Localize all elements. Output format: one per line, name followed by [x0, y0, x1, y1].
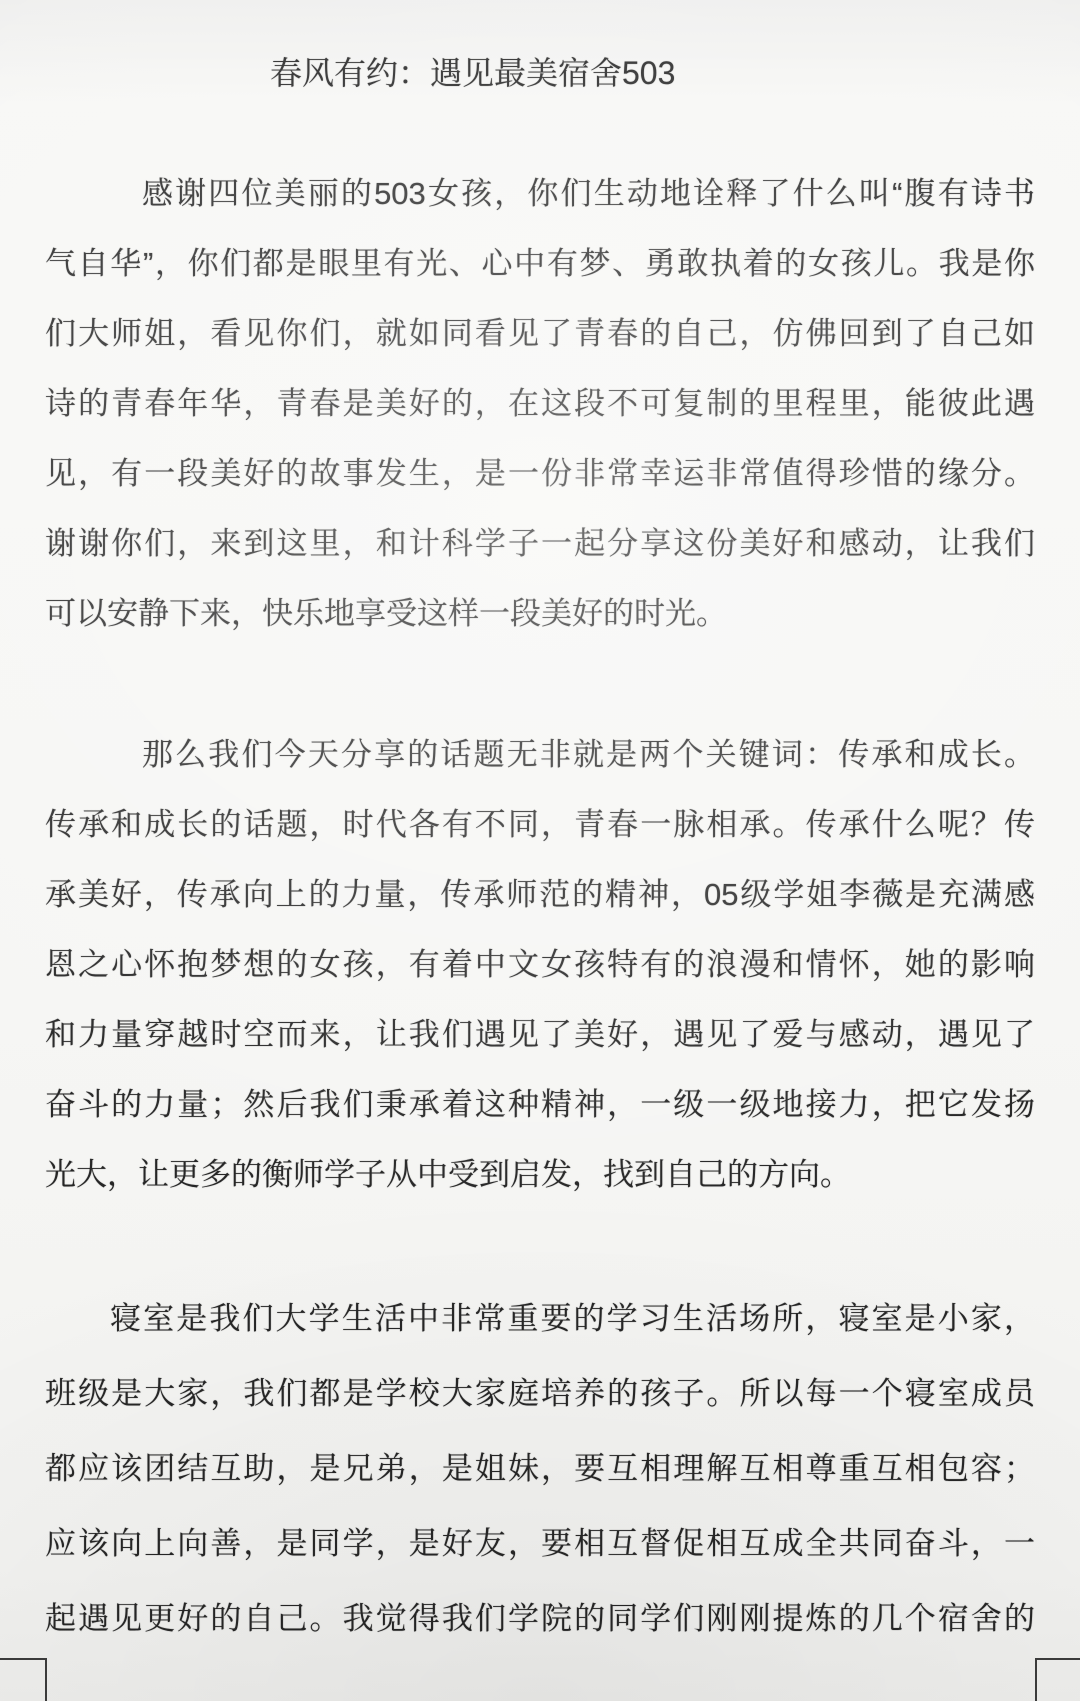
paragraph: 那么我们今天分享的话题无非就是两个关键词：传承和成长。传承和成长的话题，时代各有…	[45, 720, 1035, 1210]
text-line: 谢谢你们，来到这里，和计科学子一起分享这份美好和感动，让我们	[45, 509, 1035, 579]
paragraph: 寝室是我们大学生活中非常重要的学习生活场所，寝室是小家，班级是大家，我们都是学校…	[45, 1281, 1035, 1656]
text-line: 传承和成长的话题，时代各有不同，青春一脉相承。传承什么呢？传	[45, 790, 1035, 860]
text-line: 恩之心怀抱梦想的女孩，有着中文女孩特有的浪漫和情怀，她的影响	[45, 930, 1035, 1000]
text-line: 寝室是我们大学生活中非常重要的学习生活场所，寝室是小家，	[45, 1281, 1035, 1356]
scanned-document-page: 春风有约：遇见最美宿舍503 感谢四位美丽的503女孩，你们生动地诠释了什么叫“…	[0, 0, 1080, 1701]
text-line: 应该向上向善，是同学，是好友，要相互督促相互成全共同奋斗，一	[45, 1506, 1035, 1581]
text-line: 那么我们今天分享的话题无非就是两个关键词：传承和成长。	[45, 720, 1035, 790]
text-line: 奋斗的力量；然后我们秉承着这种精神，一级一级地接力，把它发扬	[45, 1070, 1035, 1140]
text-line: 和力量穿越时空而来，让我们遇见了美好，遇见了爱与感动，遇见了	[45, 1000, 1035, 1070]
text-line: 承美好，传承向上的力量，传承师范的精神，05级学姐李薇是充满感	[45, 860, 1035, 930]
paragraph: 感谢四位美丽的503女孩，你们生动地诠释了什么叫“腹有诗书气自华”，你们都是眼里…	[45, 159, 1035, 649]
page-frame-corner-right-icon	[1035, 1658, 1080, 1701]
text-line: 见，有一段美好的故事发生，是一份非常幸运非常值得珍惜的缘分。	[45, 439, 1035, 509]
text-line: 班级是大家，我们都是学校大家庭培养的孩子。所以每一个寝室成员	[45, 1356, 1035, 1431]
text-line: 气自华”，你们都是眼里有光、心中有梦、勇敢执着的女孩儿。我是你	[45, 229, 1035, 299]
text-line: 们大师姐，看见你们，就如同看见了青春的自己，仿佛回到了自己如	[45, 299, 1035, 369]
document-title: 春风有约：遇见最美宿舍503	[270, 38, 675, 108]
text-line: 感谢四位美丽的503女孩，你们生动地诠释了什么叫“腹有诗书	[45, 159, 1035, 229]
text-line: 光大，让更多的衡师学子从中受到启发，找到自己的方向。	[45, 1140, 1035, 1210]
text-line: 都应该团结互助，是兄弟，是姐妹，要互相理解互相尊重互相包容；	[45, 1431, 1035, 1506]
page-frame-corner-left-icon	[0, 1658, 47, 1701]
document-text-area: 春风有约：遇见最美宿舍503 感谢四位美丽的503女孩，你们生动地诠释了什么叫“…	[45, 0, 1035, 1701]
text-line: 诗的青春年华，青春是美好的，在这段不可复制的里程里，能彼此遇	[45, 369, 1035, 439]
text-line: 可以安静下来，快乐地享受这样一段美好的时光。	[45, 579, 1035, 649]
text-line: 起遇见更好的自己。我觉得我们学院的同学们刚刚提炼的几个宿舍的	[45, 1581, 1035, 1656]
